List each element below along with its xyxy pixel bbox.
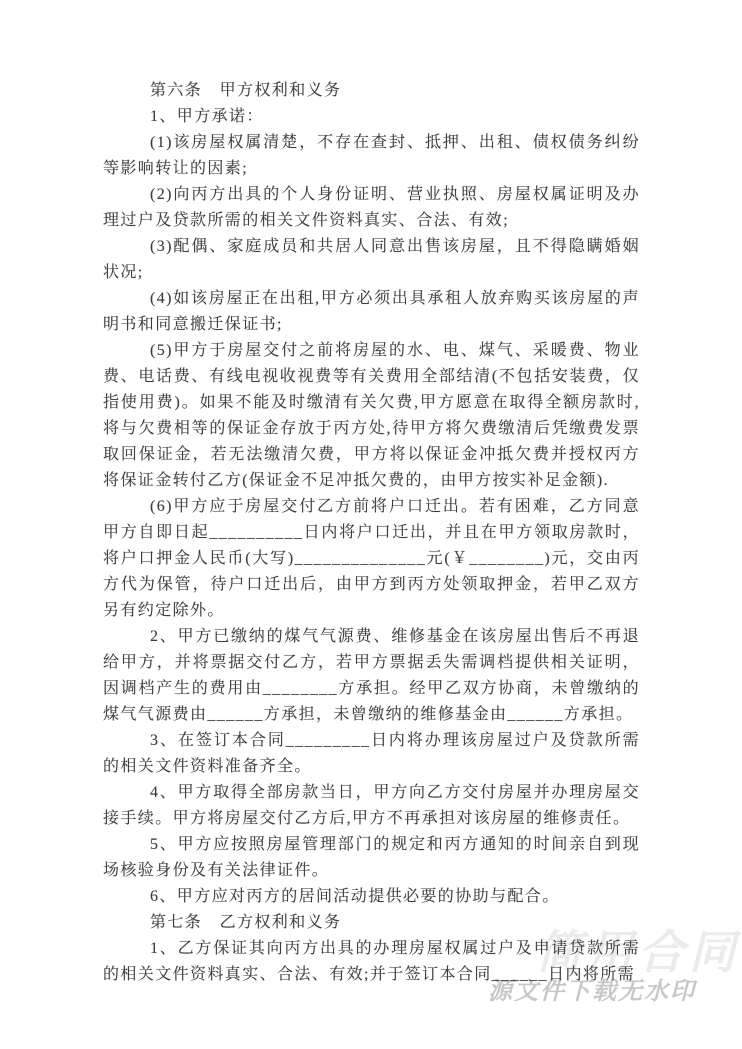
clause-3: 3、在签订本合同_________日内将办理该房屋过户及贷款所需的相关文件资料准… xyxy=(103,728,640,780)
contract-page: 简用合同 源文件下载无水印 第六条 甲方权利和义务1、甲方承诺：(1)该房屋权属… xyxy=(0,0,742,1049)
article-6-heading: 第六条 甲方权利和义务 xyxy=(103,78,640,104)
clause-1-item-1: (1)该房屋权属清楚，不存在查封、抵押、出租、债权债务纠纷等影响转让的因素; xyxy=(103,130,640,182)
clause-4: 4、甲方取得全部房款当日，甲方向乙方交付房屋并办理房屋交接手续。甲方将房屋交付乙… xyxy=(103,780,640,832)
clause-1-item-3: (3)配偶、家庭成员和共居人同意出售该房屋，且不得隐瞒婚姻状况; xyxy=(103,234,640,286)
clause-6: 6、甲方应对丙方的居间活动提供必要的协助与配合。 xyxy=(103,884,640,910)
clause-5: 5、甲方应按照房屋管理部门的规定和丙方通知的时间亲自到现场核验身份及有关法律证件… xyxy=(103,832,640,884)
article-7-heading: 第七条 乙方权利和义务 xyxy=(103,910,640,936)
article-7-clause-1: 1、乙方保证其向丙方出具的办理房屋权属过户及申请贷款所需的相关文件资料真实、合法… xyxy=(103,936,640,988)
clause-1-item-5: (5)甲方于房屋交付之前将房屋的水、电、煤气、采暖费、物业费、电话费、有线电视收… xyxy=(103,338,640,494)
clause-1-item-4: (4)如该房屋正在出租,甲方必须出具承租人放弃购买该房屋的声明书和同意搬迁保证书… xyxy=(103,286,640,338)
clause-1-intro: 1、甲方承诺： xyxy=(103,104,640,130)
document-body: 第六条 甲方权利和义务1、甲方承诺：(1)该房屋权属清楚，不存在查封、抵押、出租… xyxy=(103,78,640,988)
clause-1-item-6: (6)甲方应于房屋交付乙方前将户口迁出。若有困难，乙方同意甲方自即日起_____… xyxy=(103,494,640,624)
clause-1-item-2: (2)向丙方出具的个人身份证明、营业执照、房屋权属证明及办理过户及贷款所需的相关… xyxy=(103,182,640,234)
clause-2: 2、甲方已缴纳的煤气气源费、维修基金在该房屋出售后不再退给甲方，并将票据交付乙方… xyxy=(103,624,640,728)
